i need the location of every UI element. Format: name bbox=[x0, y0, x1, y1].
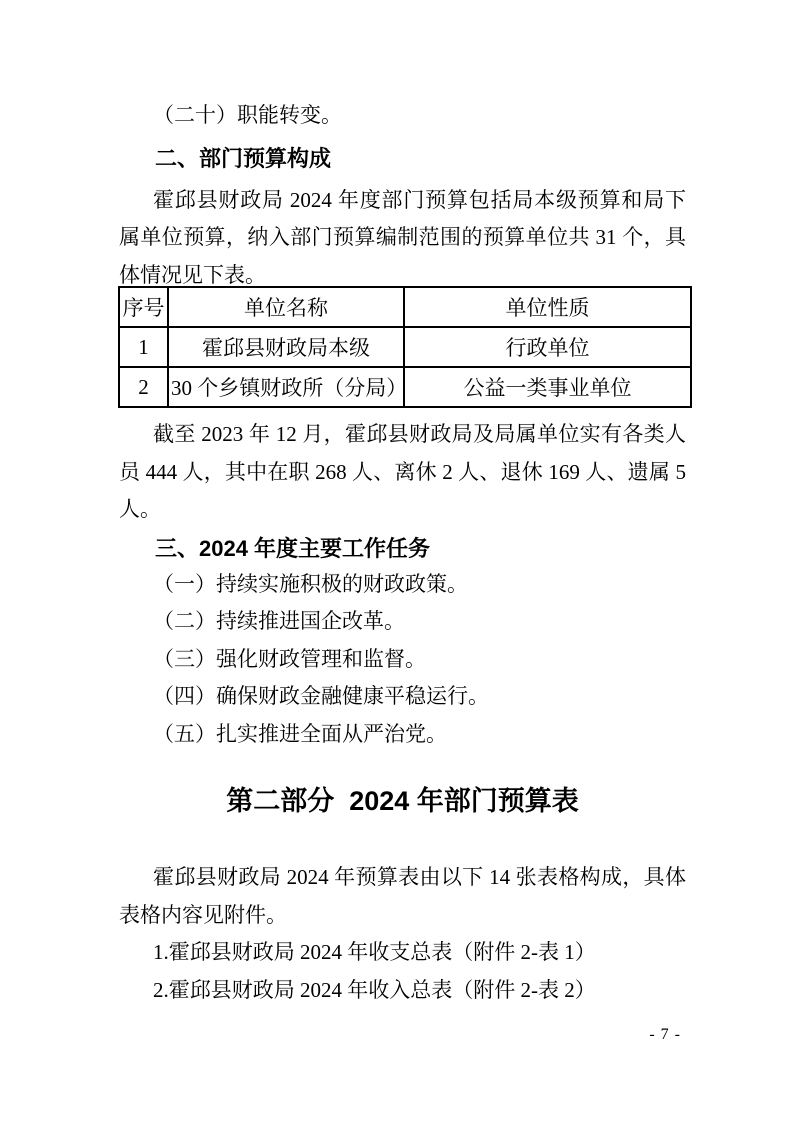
table-cell-name: 30 个乡镇财政所（分局） bbox=[168, 367, 404, 407]
table-header-seq: 序号 bbox=[119, 287, 168, 327]
table-cell-type: 公益一类事业单位 bbox=[404, 367, 691, 407]
paragraph-staff-counts: 截至 2023 年 12 月，霍邱县财政局及局属单位实有各类人员 444 人，其… bbox=[119, 416, 686, 529]
page-number: - 7 - bbox=[649, 1026, 681, 1044]
table-cell-seq: 1 bbox=[119, 327, 168, 367]
table-cell-type: 行政单位 bbox=[404, 327, 691, 367]
document-page: （二十）职能转变。 二、部门预算构成 霍邱县财政局 2024 年度部门预算包括局… bbox=[0, 0, 793, 1122]
heading-part-two: 第二部分 2024 年部门预算表 bbox=[119, 780, 686, 823]
paragraph-function-change: （二十）职能转变。 bbox=[119, 97, 686, 135]
page-content: （二十）职能转变。 二、部门预算构成 霍邱县财政局 2024 年度部门预算包括局… bbox=[119, 97, 686, 1009]
task-item-4: （四）确保财政金融健康平稳运行。 bbox=[119, 678, 686, 716]
task-item-3: （三）强化财政管理和监督。 bbox=[119, 641, 686, 679]
table-row: 1 霍邱县财政局本级 行政单位 bbox=[119, 327, 691, 367]
task-item-2: （二）持续推进国企改革。 bbox=[119, 603, 686, 641]
heading-main-tasks: 三、2024 年度主要工作任务 bbox=[119, 527, 686, 570]
paragraph-tables-intro: 霍邱县财政局 2024 年预算表由以下 14 张表格构成，具体表格内容见附件。 bbox=[119, 859, 686, 934]
table-row: 2 30 个乡镇财政所（分局） 公益一类事业单位 bbox=[119, 367, 691, 407]
attachment-list-item-1: 1.霍邱县财政局 2024 年收支总表（附件 2-表 1） bbox=[119, 934, 686, 972]
table-cell-name: 霍邱县财政局本级 bbox=[168, 327, 404, 367]
table-cell-seq: 2 bbox=[119, 367, 168, 407]
budget-units-table: 序号 单位名称 单位性质 1 霍邱县财政局本级 行政单位 2 30 个乡镇财政所… bbox=[118, 286, 692, 408]
task-item-5: （五）扎实推进全面从严治党。 bbox=[119, 716, 686, 754]
heading-budget-composition: 二、部门预算构成 bbox=[119, 137, 686, 180]
attachment-list-item-2: 2.霍邱县财政局 2024 年收入总表（附件 2-表 2） bbox=[119, 972, 686, 1010]
paragraph-budget-scope: 霍邱县财政局 2024 年度部门预算包括局本级预算和局下属单位预算，纳入部门预算… bbox=[119, 182, 686, 295]
table-header-type: 单位性质 bbox=[404, 287, 691, 327]
task-item-1: （一）持续实施积极的财政政策。 bbox=[119, 566, 686, 604]
